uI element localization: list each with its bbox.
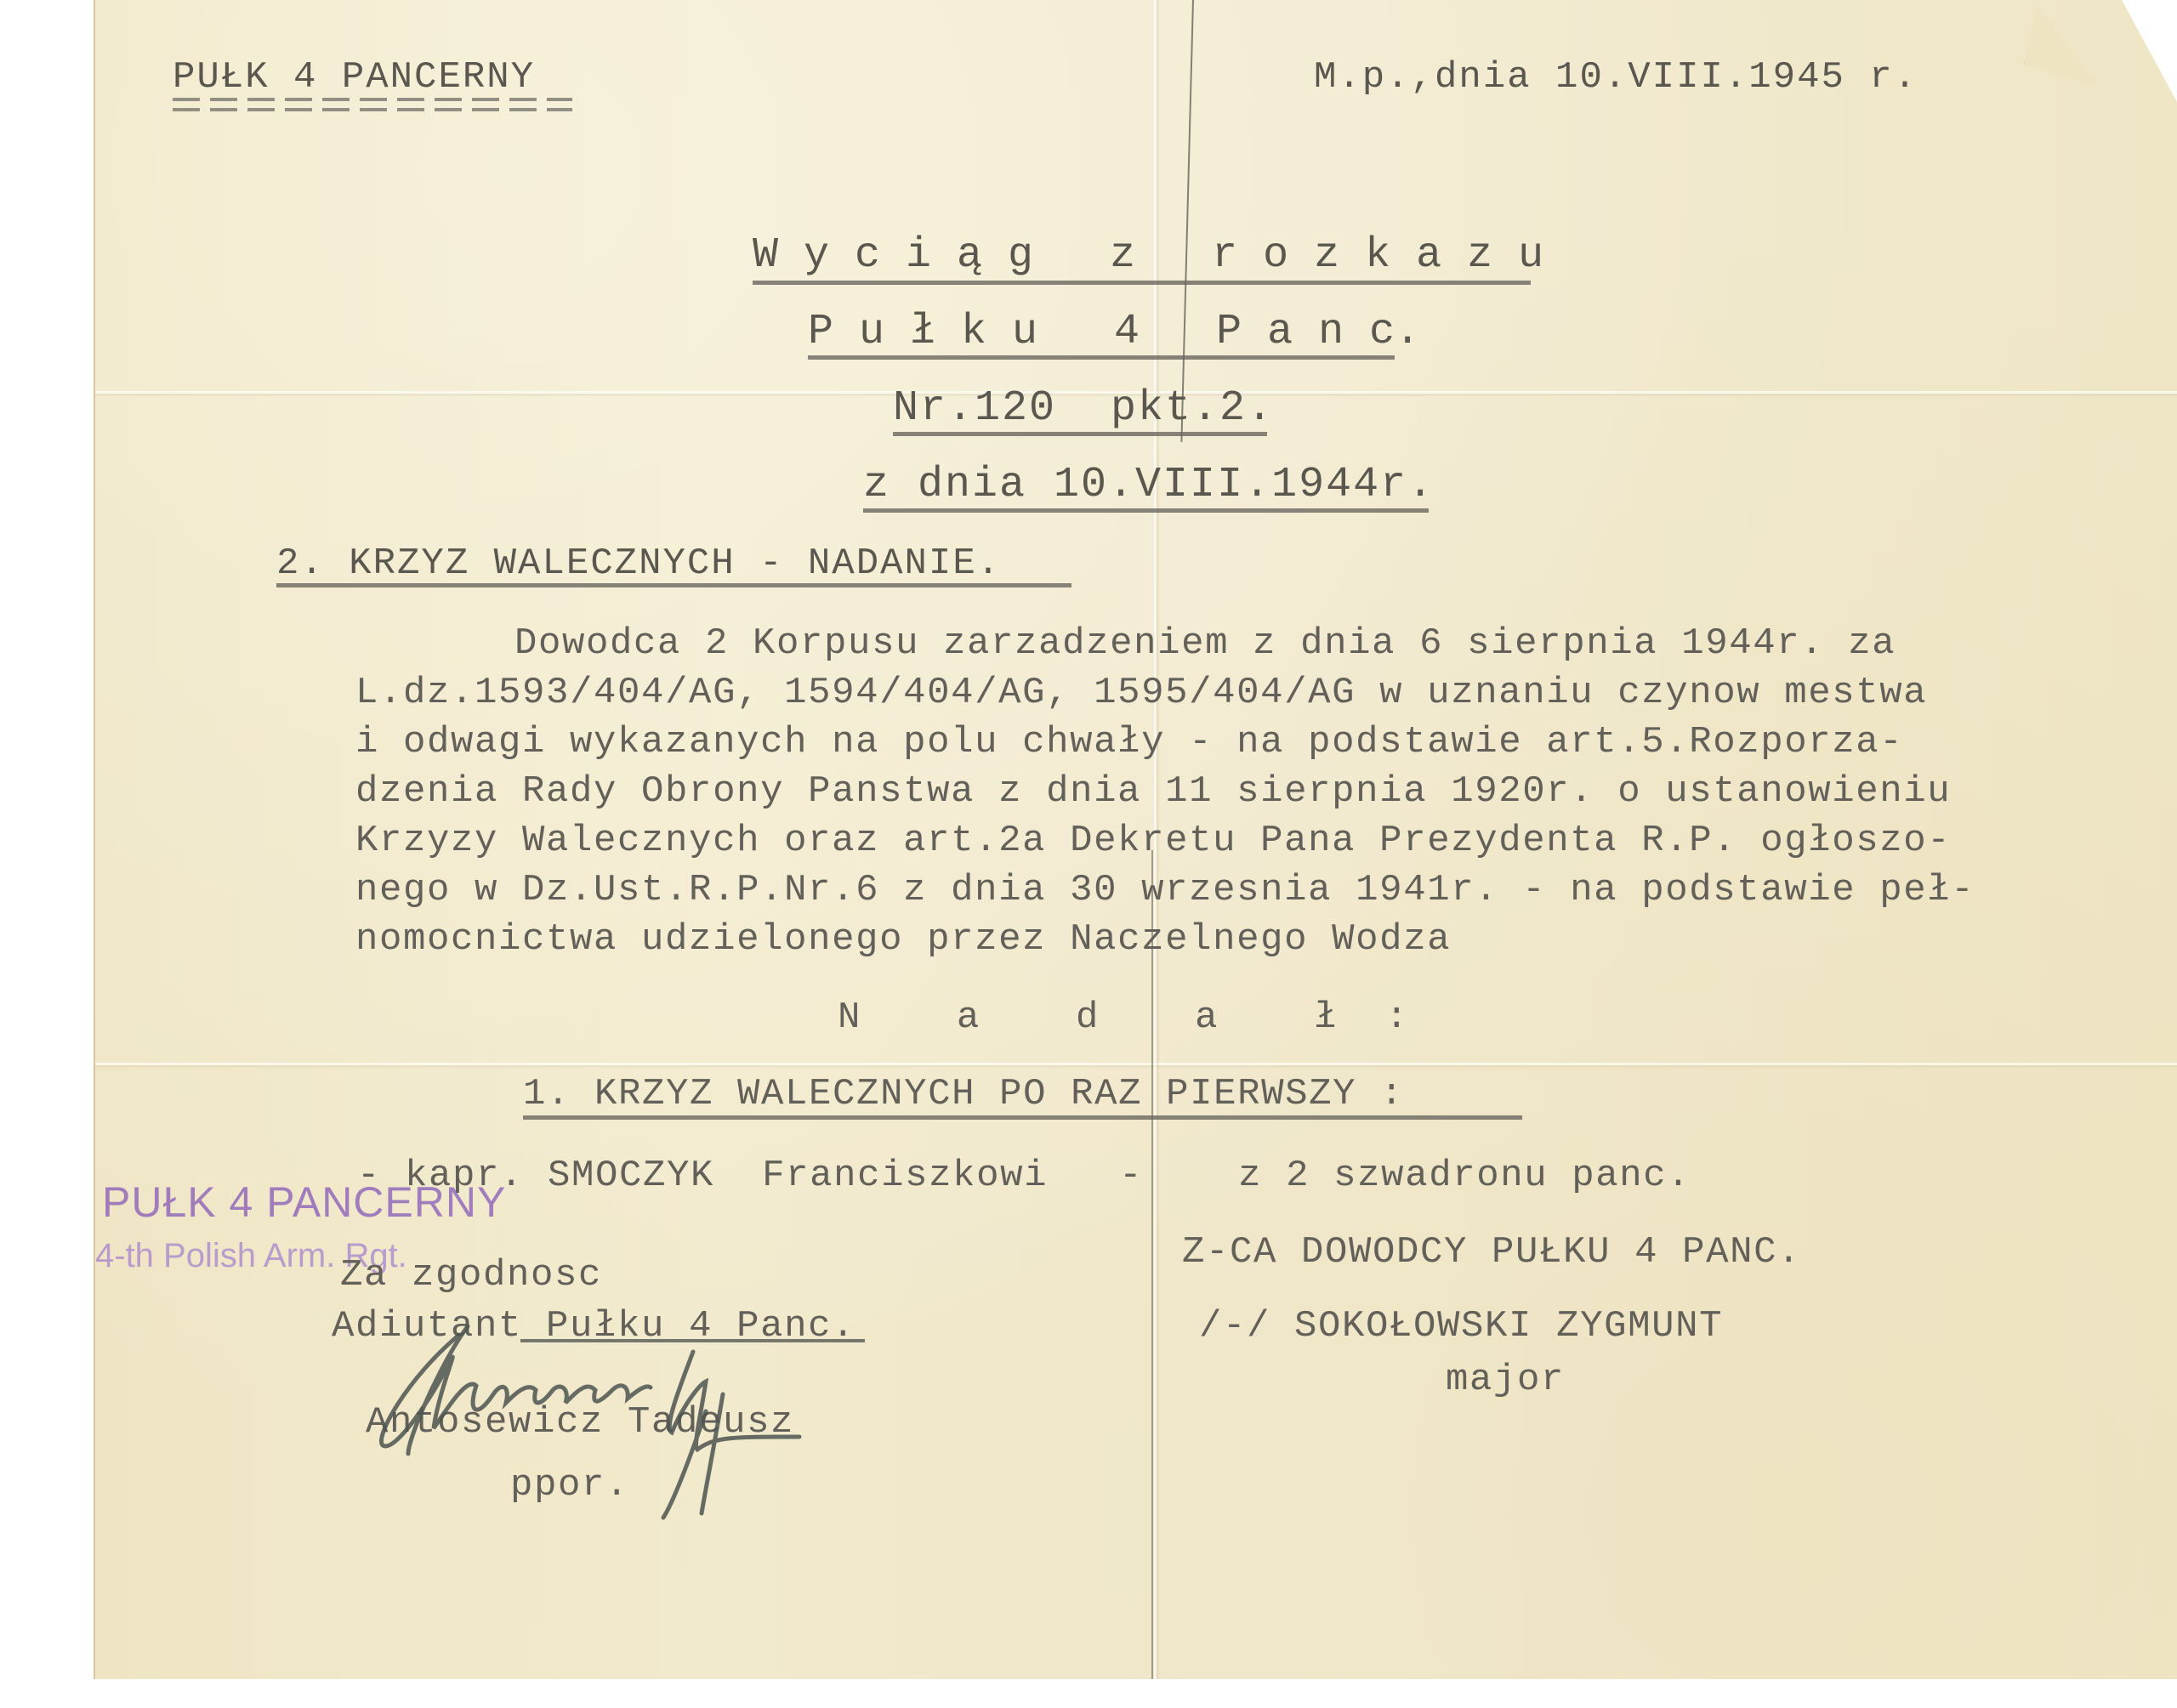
award-heading-underline: [523, 1115, 1522, 1120]
order-number: Nr.120 pkt.2.: [893, 384, 1274, 433]
horizontal-fold: [95, 1063, 2177, 1065]
section-heading: 2. KRZYZ WALECZNYCH - NADANIE.: [276, 542, 1001, 585]
unit-header: PUŁK 4 PANCERNY: [173, 56, 535, 99]
body-line: Dowodca 2 Korpusu zarzadzeniem z dnia 6 …: [514, 622, 1896, 665]
body-line: dzenia Rady Obrony Panstwa z dnia 11 sie…: [355, 770, 1951, 813]
deputy-commander-rank: major: [1446, 1359, 1565, 1401]
body-line: Krzyzy Walecznych oraz art.2a Dekretu Pa…: [355, 820, 1951, 862]
body-line: i odwagi wykazanych na polu chwały - na …: [355, 721, 1903, 763]
title-unit-underline: [808, 355, 1395, 360]
document-date: M.p.,dnia 10.VIII.1945 r.: [1314, 56, 1918, 99]
award-heading: 1. KRZYZ WALECZNYCH PO RAZ PIERWSZY :: [523, 1073, 1404, 1115]
document-title: W y c i ą g z r o z k a z u: [753, 231, 1543, 280]
order-date-underline: [863, 508, 1429, 513]
section-heading-underline: [276, 583, 1071, 587]
order-number-underline: [893, 432, 1267, 436]
header-double-underline: [173, 98, 572, 111]
order-date: z dnia 10.VIII.1944r.: [863, 461, 1435, 509]
title-underline: [753, 281, 1531, 285]
body-line: nomocnictwa udzielonego przez Naczelnego…: [355, 918, 1451, 961]
recipient-line: - kapr. SMOCZYK Franciszkowi - z 2 szwad…: [357, 1155, 1691, 1197]
body-line: L.dz.1593/404/AG, 1594/404/AG, 1595/404/…: [355, 672, 1927, 714]
folded-corner: [2024, 4, 2102, 91]
paper-crease: [1180, 0, 1194, 442]
title-unit: P u ł k u 4 P a n c.: [808, 308, 1420, 356]
handwritten-signature-icon: [357, 1309, 952, 1530]
deputy-commander-title: Z-CA DOWODCY PUŁKU 4 PANC.: [1182, 1231, 1801, 1274]
deputy-commander-name: /-/ SOKOŁOWSKI ZYGMUNT: [1199, 1305, 1723, 1348]
paper-crease: [1151, 850, 1153, 1679]
body-line: nego w Dz.Ust.R.P.Nr.6 z dnia 30 wrzesni…: [355, 869, 1975, 911]
certified-label: Za zgodnosc: [340, 1254, 602, 1297]
granted-heading: N a d a ł :: [838, 996, 1409, 1039]
unit-stamp: PUŁK 4 PANCERNY: [102, 1177, 506, 1227]
